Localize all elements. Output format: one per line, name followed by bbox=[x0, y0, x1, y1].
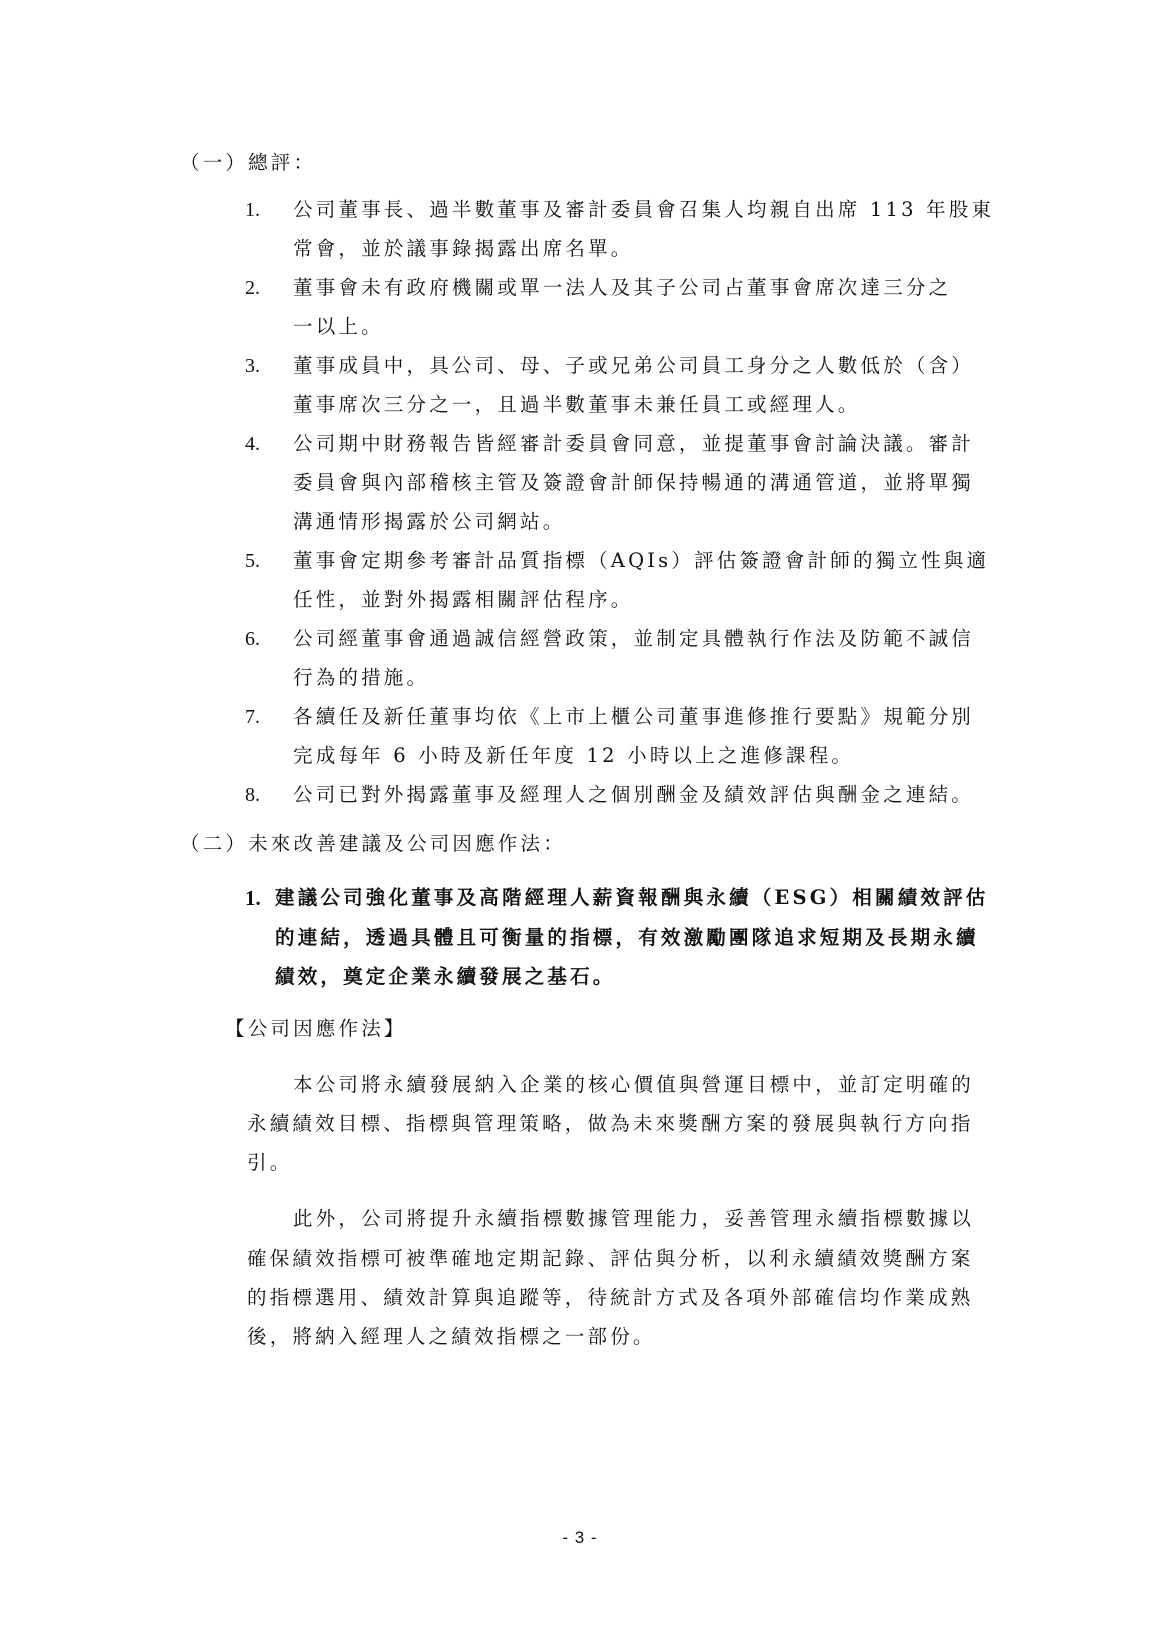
list-item-number: 8. bbox=[245, 782, 260, 808]
list-item-text: 委員會與內部稽核主管及簽證會計師保持暢通的溝通管道，並將單獨 bbox=[293, 470, 974, 496]
list-item-text: 一以上。 bbox=[293, 314, 384, 340]
list-item-text: 董事席次三分之一，且過半數董事未兼任員工或經理人。 bbox=[293, 392, 861, 418]
recommendation-text: 建議公司強化董事及高階經理人薪資報酬與永續（ESG）相關績效評估 bbox=[275, 885, 989, 911]
list-item-text: 溝通情形揭露於公司網站。 bbox=[293, 509, 565, 535]
paragraph-line: 永續績效目標、指標與管理策略，做為未來獎酬方案的發展與執行方向指 bbox=[247, 1111, 973, 1137]
recommendation-number: 1. bbox=[245, 885, 261, 911]
list-item-number: 1. bbox=[245, 197, 260, 223]
list-item-number: 2. bbox=[245, 275, 260, 301]
list-item-text: 任性，並對外揭露相關評估程序。 bbox=[293, 587, 634, 613]
list-item-text: 常會，並於議事錄揭露出席名單。 bbox=[293, 236, 634, 262]
list-item-text: 公司期中財務報告皆經審計委員會同意，並提董事會討論決議。審計 bbox=[293, 431, 974, 457]
list-item-number: 7. bbox=[245, 704, 260, 730]
section-heading-future-improvement: （二）未來改善建議及公司因應作法： bbox=[180, 831, 566, 857]
list-item-number: 5. bbox=[245, 548, 260, 574]
paragraph-line: 本公司將永續發展納入企業的核心價值與營運目標中，並訂定明確的 bbox=[293, 1072, 974, 1098]
list-item-text: 各續任及新任董事均依《上市上櫃公司董事進修推行要點》規範分別 bbox=[293, 704, 974, 730]
paragraph-line: 引。 bbox=[247, 1150, 292, 1176]
list-item-text: 完成每年 6 小時及新任年度 12 小時以上之進修課程。 bbox=[293, 743, 854, 769]
section-heading-overall-review: （一）總評： bbox=[180, 150, 316, 176]
list-item-text: 公司董事長、過半數董事及審計委員會召集人均親自出席 113 年股東 bbox=[293, 197, 994, 223]
list-item-text: 公司經董事會通過誠信經營政策，並制定具體執行作法及防範不誠信 bbox=[293, 626, 974, 652]
paragraph-line: 此外，公司將提升永續指標數據管理能力，妥善管理永續指標數據以 bbox=[293, 1206, 974, 1232]
document-page: （一）總評： 1. 公司董事長、過半數董事及審計委員會召集人均親自出席 113 … bbox=[0, 0, 1160, 1640]
company-response-label: 【公司因應作法】 bbox=[225, 1016, 407, 1042]
list-item-number: 3. bbox=[245, 353, 260, 379]
list-item-text: 董事會定期參考審計品質指標（AQIs）評估簽證會計師的獨立性與適 bbox=[293, 548, 989, 574]
recommendation-text: 的連結，透過具體且可衡量的指標，有效激勵團隊追求短期及長期永續 bbox=[275, 925, 979, 951]
list-item-text: 公司已對外揭露董事及經理人之個別酬金及績效評估與酬金之連結。 bbox=[293, 782, 974, 808]
list-item-text: 董事成員中，具公司、母、子或兄弟公司員工身分之人數低於（含） bbox=[293, 353, 974, 379]
page-number: - 3 - bbox=[0, 1528, 1160, 1548]
recommendation-text: 績效，奠定企業永續發展之基石。 bbox=[275, 964, 616, 990]
paragraph-line: 的指標選用、績效計算與追蹤等，待統計方式及各項外部確信均作業成熟 bbox=[247, 1285, 973, 1311]
list-item-number: 4. bbox=[245, 431, 260, 457]
list-item-number: 6. bbox=[245, 626, 260, 652]
list-item-text: 董事會未有政府機關或單一法人及其子公司占董事會席次達三分之 bbox=[293, 275, 951, 301]
list-item-text: 行為的措施。 bbox=[293, 665, 429, 691]
paragraph-line: 確保績效指標可被準確地定期記錄、評估與分析，以利永續績效獎酬方案 bbox=[247, 1246, 973, 1272]
paragraph-line: 後，將納入經理人之績效指標之一部份。 bbox=[247, 1324, 656, 1350]
